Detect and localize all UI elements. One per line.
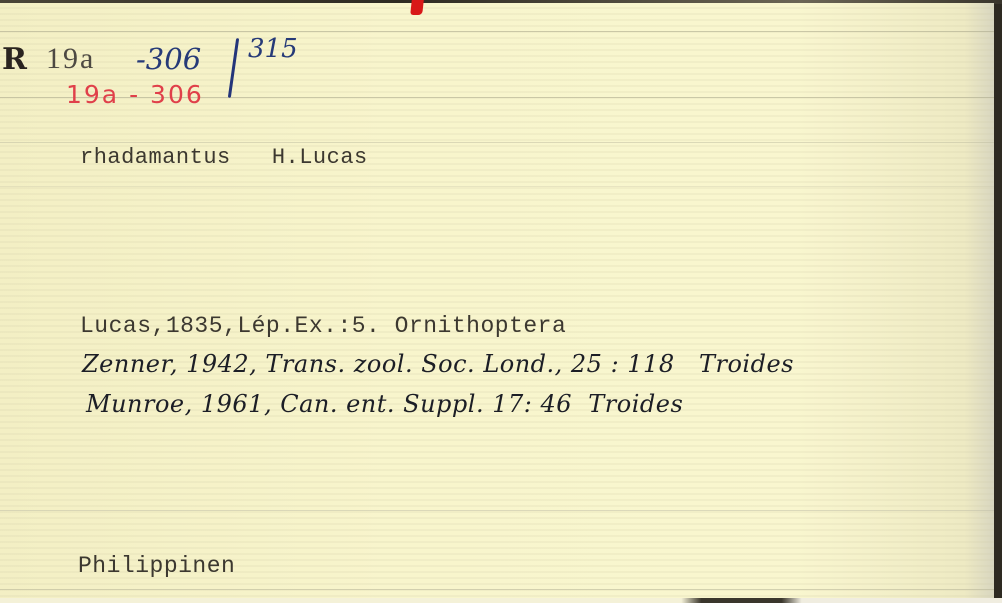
call-number-typed: 19a [46, 42, 95, 76]
call-number-red-correction: 19a - 306 [66, 80, 204, 109]
reference-handwritten-2: Munroe, 1961, Can. ent. Suppl. 17: 46 Tr… [86, 390, 683, 418]
ruled-line [0, 510, 994, 511]
ruled-line [0, 186, 994, 187]
ruled-line [0, 142, 994, 143]
reference-handwritten-1: Zenner, 1942, Trans. zool. Soc. Lond., 2… [82, 350, 794, 378]
reference-typed: Lucas,1835,Lép.Ex.:5. Ornithoptera [80, 313, 566, 339]
ruled-line [0, 31, 994, 32]
locality: Philippinen [78, 553, 235, 579]
call-number-alt-handwritten: 315 [248, 34, 298, 64]
scanner-bottom-edge [0, 598, 1002, 603]
call-number-range-handwritten: -306 [136, 42, 201, 76]
taxon-name: rhadamantus H.Lucas [80, 145, 368, 170]
ruled-line [0, 589, 994, 590]
red-tab-marker [410, 0, 424, 15]
call-number-prefix: R [2, 42, 27, 77]
